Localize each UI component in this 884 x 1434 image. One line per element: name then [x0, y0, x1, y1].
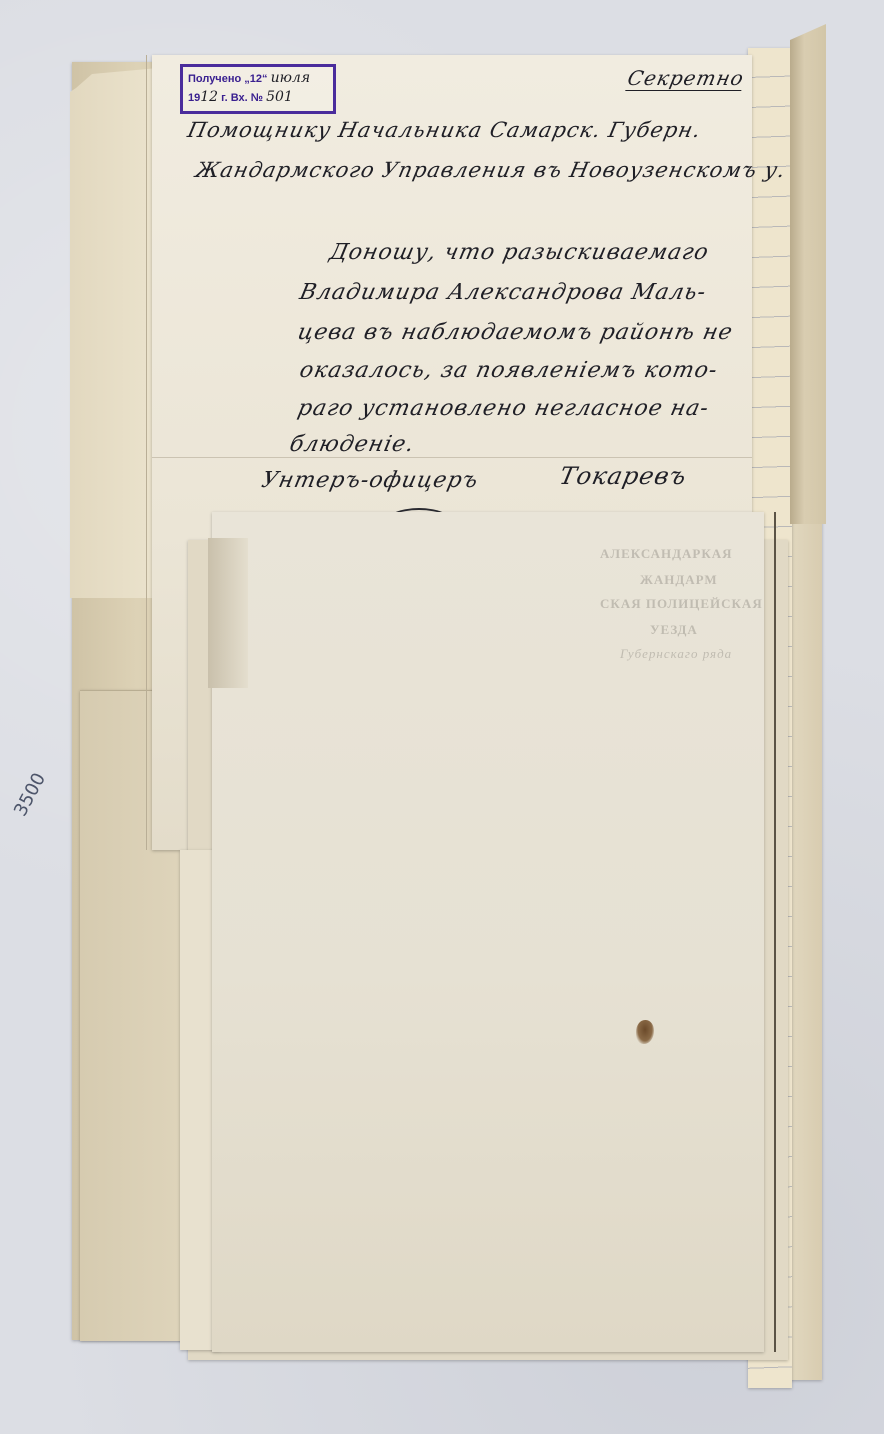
body-line-2: Владимира Александрова Маль-: [297, 280, 708, 305]
margin-line: [146, 55, 147, 850]
pencil-margin-note: 3500: [10, 770, 50, 820]
sheet-edge: [774, 512, 776, 1352]
stamp-line-2: 1912 г. Вх. № 501: [188, 88, 328, 107]
stamp-year-prefix: 19: [188, 92, 200, 104]
body-line-4: оказалось, за появленіемъ кото-: [297, 358, 720, 383]
stamp-month: июля: [271, 70, 311, 86]
body-line-3: цева въ наблюдаемомъ районѣ не: [295, 320, 735, 345]
body-line-1: Доношу, что разыскиваемаго: [327, 240, 711, 265]
letter-left-tab: [70, 68, 158, 598]
faded-print-line-5: Губернскаго ряда: [620, 646, 732, 662]
stamp-received-label: Получено: [188, 73, 241, 85]
stamp-year: 12: [200, 89, 218, 105]
stamp-incoming-label: г. Вх. №: [221, 92, 263, 104]
body-line-5: раго установлено негласное на-: [295, 396, 711, 421]
fold-line: [152, 457, 752, 458]
folded-corner: [208, 538, 248, 688]
faded-print-line-1: АЛЕКСАНДАРКАЯ: [600, 546, 733, 562]
front-blank-sheet: [212, 512, 764, 1352]
stamp-line-1: Получено „12“ июля: [188, 69, 328, 88]
faded-print-line-4: УЕЗДА: [650, 622, 698, 638]
body-line-6: блюденіе.: [287, 432, 417, 457]
addressee-line-1: Помощнику Начальника Самарск. Губерн.: [185, 118, 703, 142]
signer-rank: Унтеръ-офицеръ: [259, 468, 481, 493]
signature: Токаревъ: [557, 462, 690, 490]
stamp-number: 501: [266, 89, 293, 105]
folded-right-strip: [790, 24, 826, 524]
classification-text: Секретно: [625, 66, 746, 91]
classification-mark: Секретно: [625, 66, 746, 90]
stamp-day: „12“: [244, 73, 267, 85]
faded-print-line-2: ЖАНДАРМ: [640, 572, 718, 588]
received-stamp: Получено „12“ июля 1912 г. Вх. № 501: [180, 64, 336, 114]
addressee-line-2: Жандармского Управления въ Новоузенскомъ…: [193, 158, 788, 182]
faded-print-line-3: СКАЯ ПОЛИЦЕЙСКАЯ: [600, 596, 763, 612]
